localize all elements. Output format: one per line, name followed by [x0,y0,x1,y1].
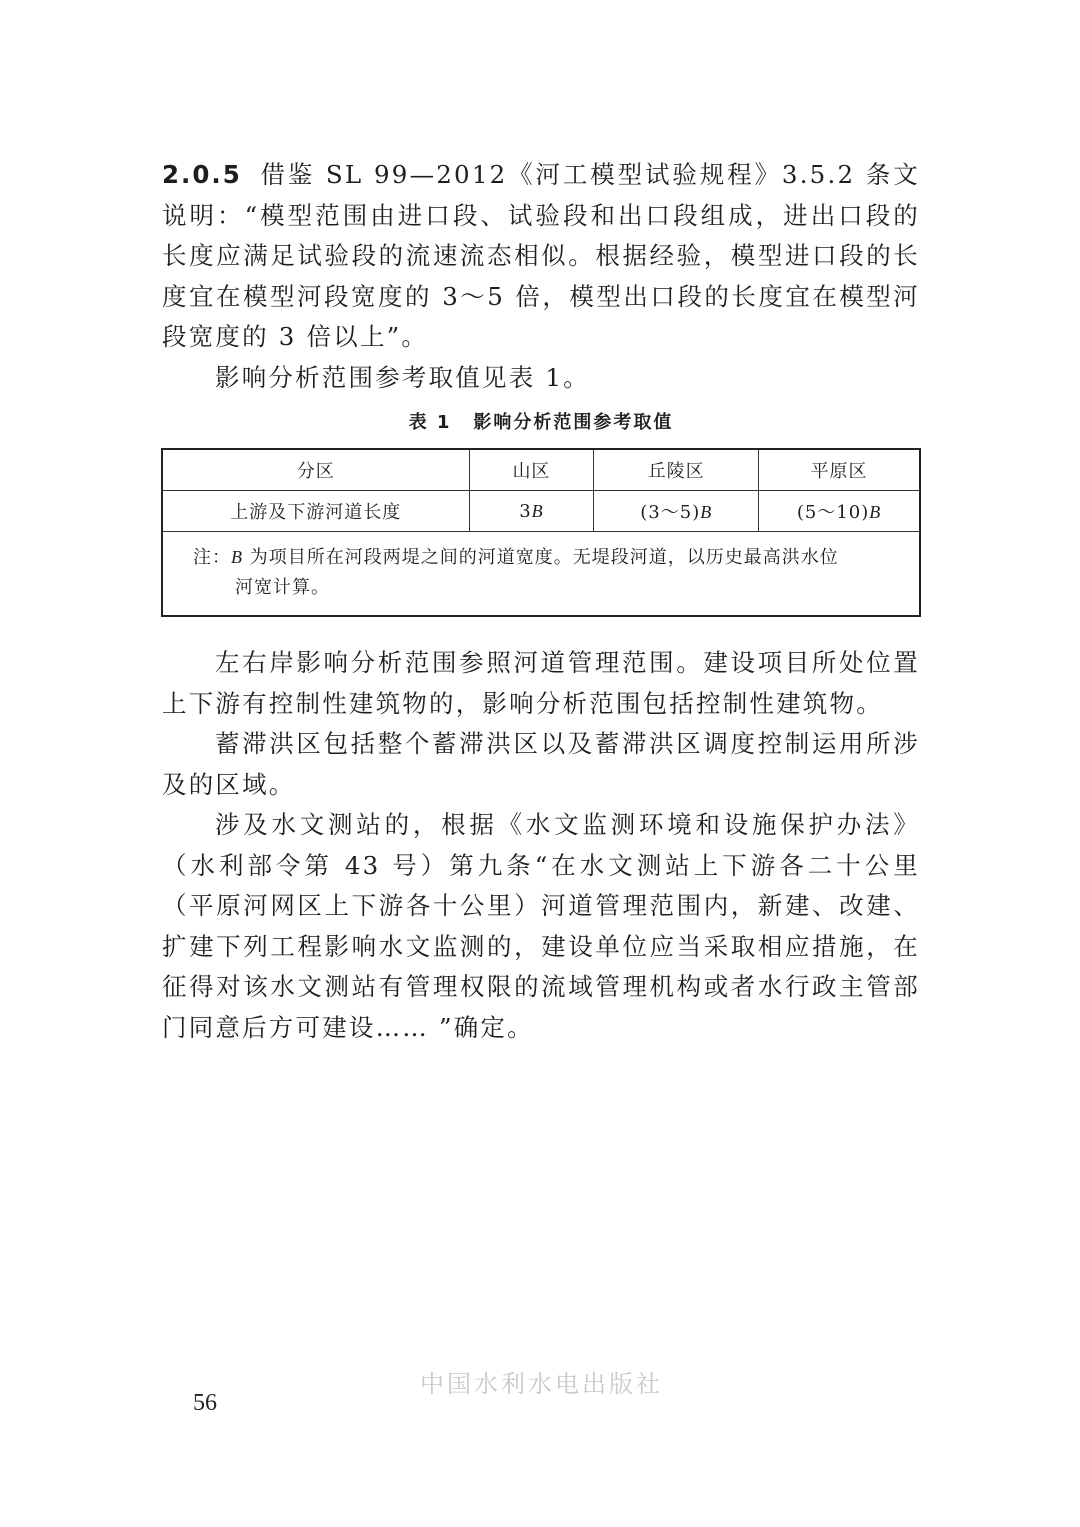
clause-paragraph: 2.0.5借鉴 SL 99—2012《河工模型试验规程》3.5.2 条文说明：“… [162,155,920,358]
table-caption-title: 影响分析范围参考取值 [473,412,673,433]
cell-plain: (5～10)B [759,491,920,532]
header-zone: 分区 [162,449,469,491]
document-page: 2.0.5借鉴 SL 99—2012《河工模型试验规程》3.5.2 条文说明：“… [162,155,920,1048]
header-hill: 丘陵区 [594,449,759,491]
table-note: 注：B 为项目所在河段两堤之间的河道宽度。无堤段河道，以历史最高洪水位 河宽计算… [162,532,920,617]
flood-storage-paragraph: 蓄滞洪区包括整个蓄滞洪区以及蓄滞洪区调度控制运用所涉及的区域。 [162,724,920,805]
cell-mountain: 3B [469,491,594,532]
table-note-row: 注：B 为项目所在河段两堤之间的河道宽度。无堤段河道，以历史最高洪水位 河宽计算… [162,532,920,617]
header-plain: 平原区 [759,449,920,491]
hydrology-station-paragraph: 涉及水文测站的，根据《水文监测环境和设施保护办法》（水利部令第 43 号）第九条… [162,805,920,1048]
table-caption: 表 1影响分析范围参考取值 [162,408,920,434]
publisher-watermark: 中国水利水电出版社 [420,1364,663,1399]
cell-hill: (3～5)B [594,491,759,532]
clause-number: 2.0.5 [162,160,242,189]
page-number: 56 [193,1390,217,1417]
bank-range-paragraph: 左右岸影响分析范围参照河道管理范围。建设项目所处位置上下游有控制性建筑物的，影响… [162,643,920,724]
table-row: 上游及下游河道长度 3B (3～5)B (5～10)B [162,491,920,532]
clause-text: 借鉴 SL 99—2012《河工模型试验规程》3.5.2 条文说明：“模型范围由… [162,160,920,351]
reference-values-table: 分区 山区 丘陵区 平原区 上游及下游河道长度 3B (3～5)B (5～10)… [161,448,921,617]
header-mountain: 山区 [469,449,594,491]
table-header-row: 分区 山区 丘陵区 平原区 [162,449,920,491]
table-caption-number: 表 1 [409,412,452,433]
row-label: 上游及下游河道长度 [162,491,469,532]
table-reference-paragraph: 影响分析范围参考取值见表 1。 [162,358,920,399]
